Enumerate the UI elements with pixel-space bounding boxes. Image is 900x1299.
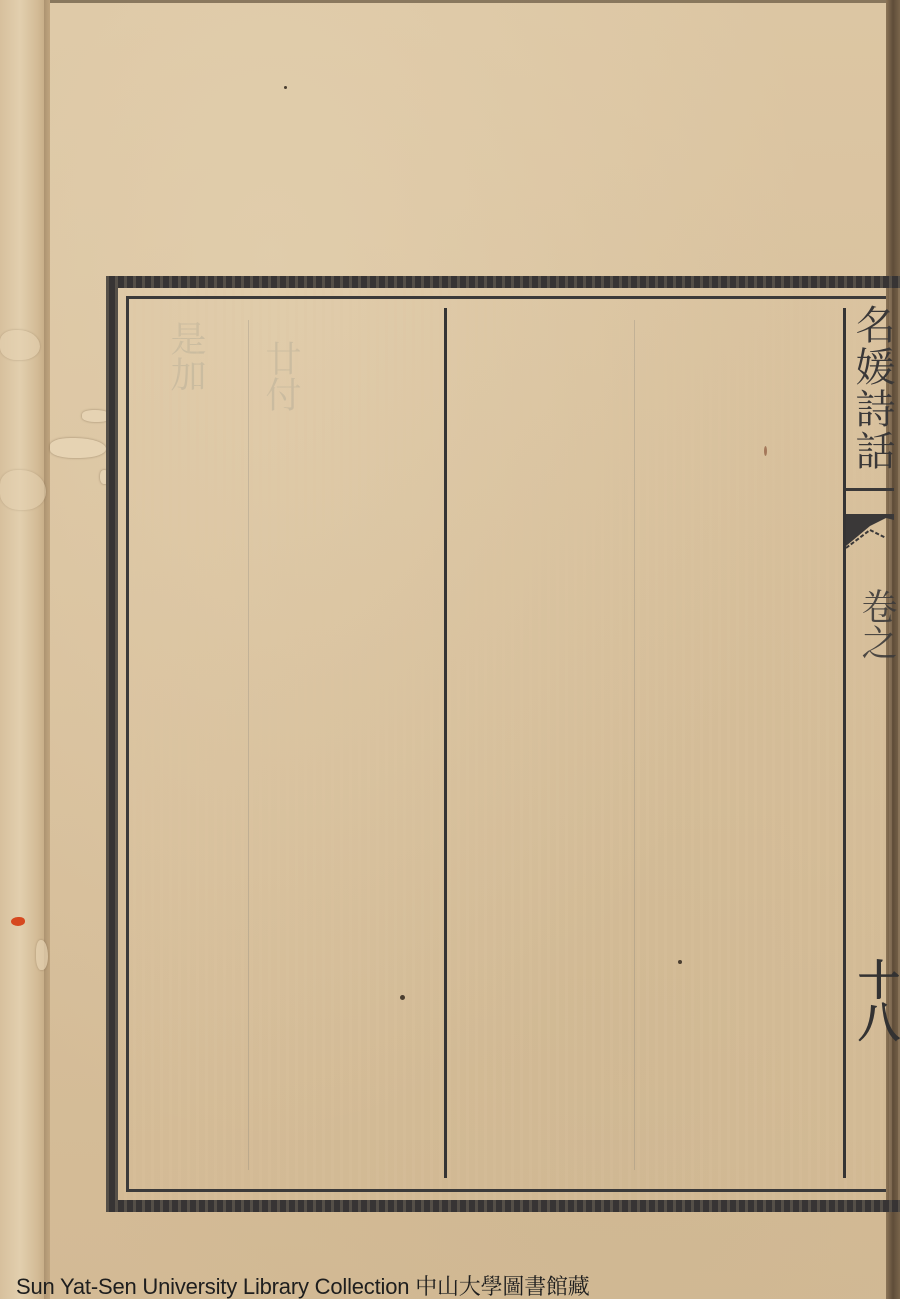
juan-label: 卷之 xyxy=(858,588,898,660)
page-number: 十八 xyxy=(852,958,896,1042)
paper-speck xyxy=(678,960,682,964)
faint-column-rule xyxy=(634,320,635,1170)
banxin-rule xyxy=(846,488,894,491)
library-caption: Sun Yat-Sen University Library Collectio… xyxy=(16,1270,590,1299)
banxin-column: 名媛詩話 卷之 十八 xyxy=(846,296,894,1192)
fishtail-icon xyxy=(846,514,894,558)
paper-tear xyxy=(0,330,40,360)
inner-border xyxy=(126,296,886,1192)
binding-strip xyxy=(0,0,50,1299)
faint-column-rule xyxy=(248,320,249,1170)
paper-speck xyxy=(400,995,405,1000)
paper-speck xyxy=(764,446,767,456)
binding-fold-shadow xyxy=(44,0,50,1299)
paper-speck xyxy=(284,86,287,89)
red-ink-mark xyxy=(11,917,25,926)
scanned-page: 是加 廿付 名媛詩話 卷之 十八 Sun Yat-Sen University … xyxy=(0,0,900,1299)
paper-tear xyxy=(36,940,48,970)
paper-tear xyxy=(50,438,106,458)
top-page-edge xyxy=(50,0,886,3)
book-title: 名媛詩話 xyxy=(850,304,894,472)
column-divider xyxy=(444,308,447,1178)
paper-tear xyxy=(0,470,46,510)
